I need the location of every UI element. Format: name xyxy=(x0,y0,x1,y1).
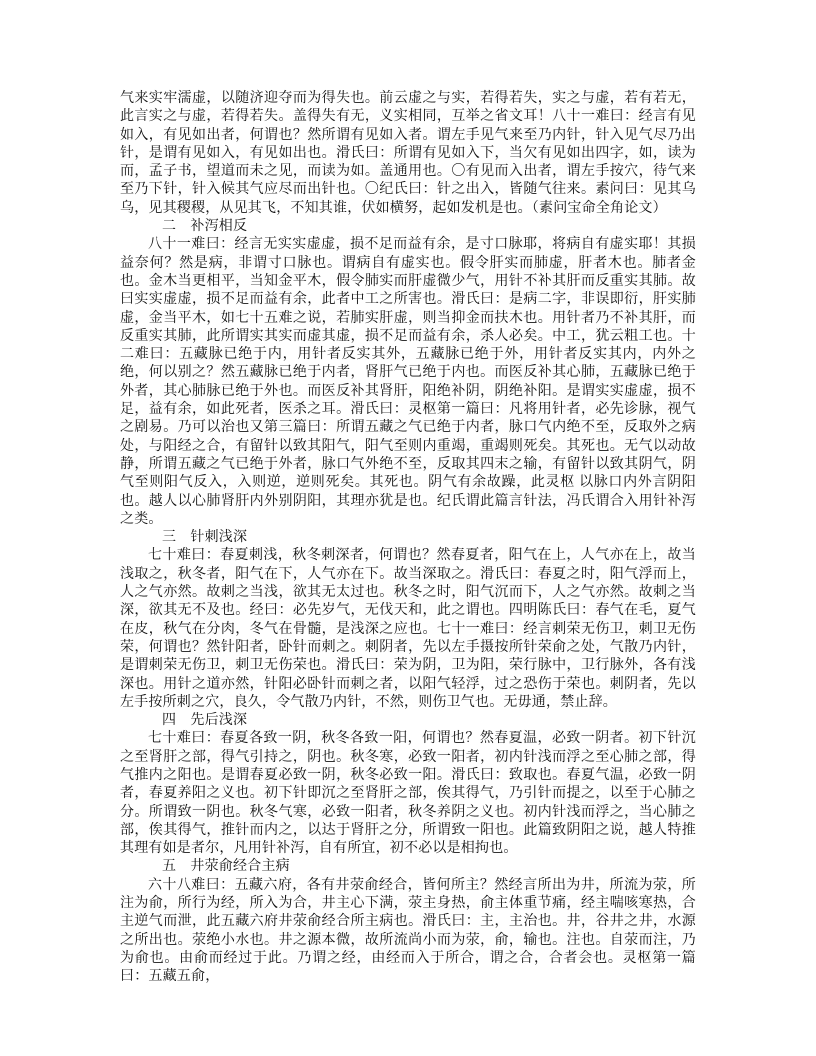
section-heading: 五 井荥俞经合主病 xyxy=(120,858,696,876)
document-content: 气来实牢濡虚，以随济迎夺而为得失也。前云虚之与实，若得若失，实之与虚，若有若无，… xyxy=(120,90,696,987)
paragraph: 八十一难曰：经言无实实虚虚，损不足而益有余，是寸口脉耶，将病自有虚实耶！其损益奈… xyxy=(120,236,696,529)
paragraph: 七十难曰：春夏刺浅，秋冬刺深者，何谓也？然春夏者，阳气在上，人气亦在上，故当浅取… xyxy=(120,547,696,712)
section-heading: 四 先后浅深 xyxy=(120,712,696,730)
paragraph: 七十难曰：春夏各致一阴，秋冬各致一阳，何谓也？然春夏温，必致一阴者。初下针沉之至… xyxy=(120,730,696,858)
paragraph: 六十八难曰：五藏六府，各有井荥俞经合，皆何所主？然经言所出为井，所流为荥，所注为… xyxy=(120,877,696,987)
document-page: 气来实牢濡虚，以随济迎夺而为得失也。前云虚之与实，若得若失，实之与虚，若有若无，… xyxy=(0,0,816,1056)
section-heading: 三 针刺浅深 xyxy=(120,529,696,547)
paragraph: 气来实牢濡虚，以随济迎夺而为得失也。前云虚之与实，若得若失，实之与虚，若有若无，… xyxy=(120,90,696,218)
section-heading: 二 补泻相反 xyxy=(120,218,696,236)
